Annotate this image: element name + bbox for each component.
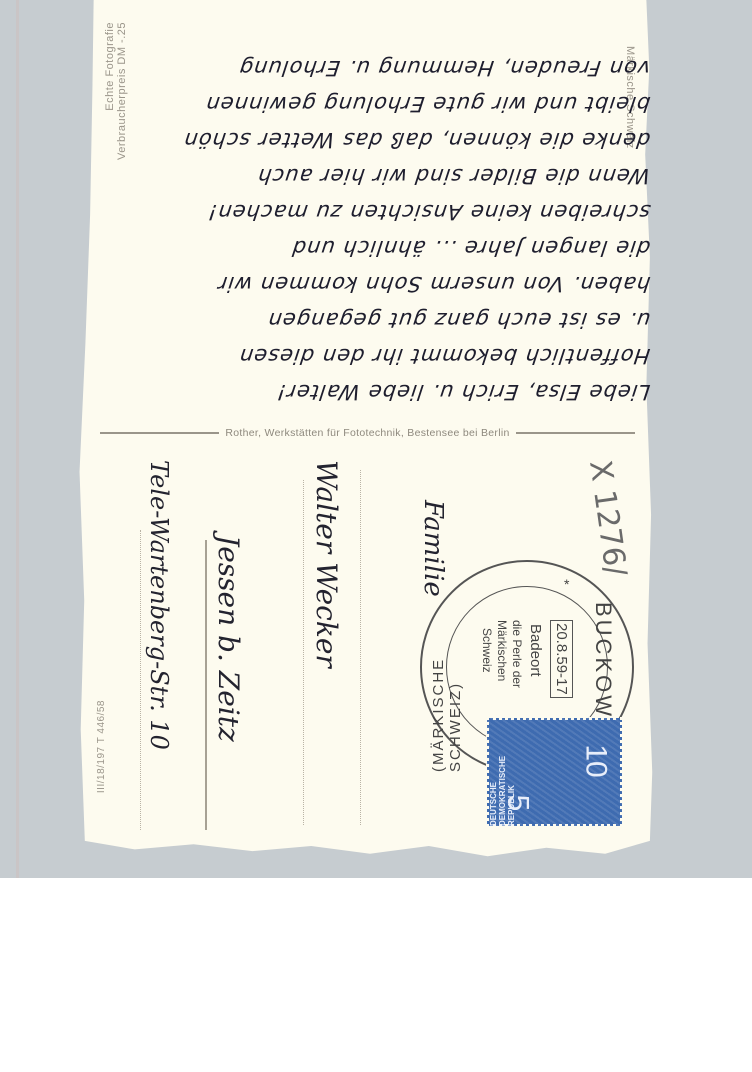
postmark-slogan-4: Schweiz [480,628,494,673]
message-line: denke die können, daß das Wetter schön [104,122,656,158]
message-line: u. es ist euch ganz gut gegangen [104,302,656,338]
imprint-divider: Rother, Werkstätten für Fototechnik, Bes… [100,427,635,439]
handwritten-message: Liebe Elsa, Erich u. liebe Walter! Hoffe… [110,40,650,410]
postmark-star: * [564,576,569,592]
address-line-1: Familie [418,500,448,597]
address-guide-line [205,540,207,830]
message-line: von Freuden, Hemmung u. Erholung [104,50,656,86]
message-line: bleibt und wir gute Erholung gewinnen [104,86,656,122]
message-line: Wenn die Bilder sind wir hier auch [104,158,656,194]
postage-stamp: DEUTSCHE DEMOKRATISCHE REPUBLIK 10 5 [487,718,622,826]
stamp-surcharge: 5 [500,795,534,812]
publisher-imprint: Rother, Werkstätten für Fototechnik, Bes… [225,427,509,439]
postmark-date: 20.8.59-17 [550,620,573,698]
message-line: Hoffentlich bekommt ihr den diesen [104,338,656,374]
stamp-value: 10 [578,744,612,777]
postmark-slogan-2: die Perle der [510,620,524,688]
postmark-town: BUCKOW [590,602,616,719]
address-guide-line [303,480,304,825]
postmark-slogan-3: Märkischen [495,620,509,681]
address-line-3: Jessen b. Zeitz [212,535,245,742]
message-line: Liebe Elsa, Erich u. liebe Walter! [104,374,656,410]
postmark-slogan-1: Badeort [527,624,544,677]
postmark-region: (MÄRKISCHE SCHWEIZ) [430,602,464,772]
address-line-4: Tele-Wartenberg-Str. 10 [145,460,173,750]
address-line-2: Walter Wecker [310,460,343,668]
address-guide-line [140,530,141,830]
message-line: schreiben keine Ansichten zu machen! [104,194,656,230]
message-line: haben. Von unserm Sohn kommen wir [104,266,656,302]
printed-catalog-number: III/18/197 T 446/58 [96,700,107,793]
address-guide-line [360,470,361,825]
divider-rule [516,432,635,434]
divider-rule [100,432,219,434]
message-line: die langen Jahre ... ähnlich und [104,230,656,266]
